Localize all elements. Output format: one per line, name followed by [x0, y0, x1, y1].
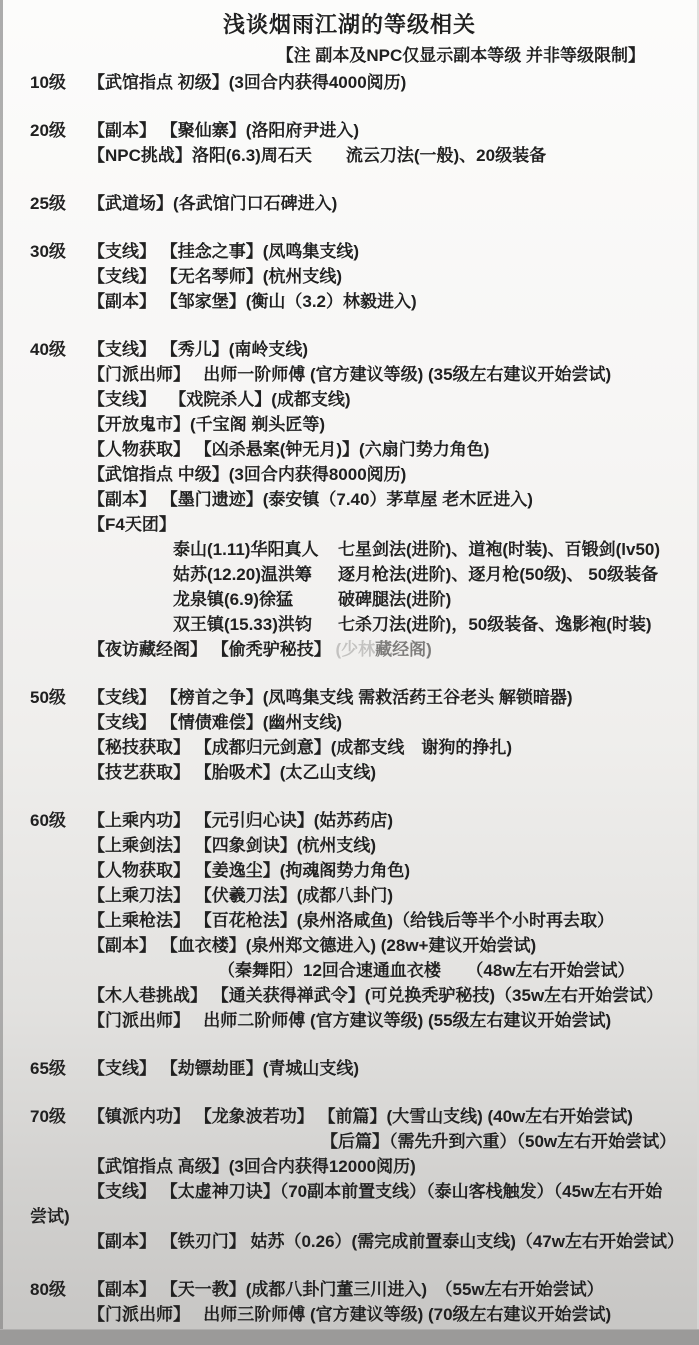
entry-row: 【后篇】（需先升到六重）（50w左右开始尝试） — [0, 1129, 699, 1154]
level-label — [30, 512, 88, 537]
entry-row: 【支线】 【无名琴师】(杭州支线) — [0, 264, 699, 289]
entry-text: 尝试) — [30, 1204, 70, 1229]
entry-text: 【开放鬼市】(千宝阁 剃头匠等) — [88, 412, 325, 437]
entry-text: 【人物获取】 【凶杀悬案(钟无月)】(六扇门势力角色) — [88, 437, 489, 462]
entry-text: （秦舞阳）12回合速通血衣楼 （48w左右开始尝试） — [218, 958, 635, 983]
level-list: 10级【武馆指点 初级】(3回合内获得4000阅历)20级【副本】 【聚仙寨】(… — [0, 69, 699, 1327]
level-label — [30, 143, 88, 168]
entry-row: 【副本】 【血衣楼】(泉州郑文德进入) (28w+建议开始尝试) — [0, 933, 699, 958]
entry-row: 【开放鬼市】(千宝阁 剃头匠等) — [0, 412, 699, 437]
entry-text: 【NPC挑战】洛阳(6.3)周石天 流云刀法(一般)、20级装备 — [88, 143, 546, 168]
entry-row: 50级【支线】 【榜首之争】(凤鸣集支线 需救活药王谷老头 解锁暗器) — [0, 685, 699, 710]
level-label — [30, 289, 88, 314]
entry-text: 【支线】 【劫镖劫匪】(青城山支线) — [88, 1056, 359, 1081]
entry-text: 【副本】 【铁刃门】 姑苏（0.26）(需完成前置泰山支线)（47w左右开始尝试… — [88, 1229, 684, 1254]
entry-part: 【夜访藏经阁】 【偷秃驴秘技】 — [88, 640, 335, 659]
entry-row: 尝试) — [0, 1204, 699, 1229]
entry-row: 龙泉镇(6.9)徐猛破碑腿法(进阶) — [0, 587, 699, 612]
entry-text: 【镇派内功】 【龙象波若功】 【前篇】(大雪山支线) (40w左右开始尝试) — [88, 1104, 633, 1129]
entry-row: 25级【武道场】(各武馆门口石碑进入) — [0, 191, 699, 216]
level-label: 10级 — [30, 70, 88, 95]
entry-text: 龙泉镇(6.9)徐猛破碑腿法(进阶) — [173, 587, 451, 612]
level-label — [30, 1229, 88, 1254]
roster-location: 双王镇(15.33)洪钧 — [173, 612, 338, 637]
level-section: 60级【上乘内功】 【元引归心诀】(姑苏药店)【上乘剑法】 【四象剑诀】(杭州支… — [0, 808, 699, 1033]
entry-text: 【上乘刀法】 【伏羲刀法】(成都八卦门) — [88, 883, 393, 908]
entry-text: 【上乘内功】 【元引归心诀】(姑苏药店) — [88, 808, 393, 833]
entry-text: 【副本】 【天一教】(成都八卦门董三川进入) （55w左右开始尝试） — [88, 1277, 604, 1302]
entry-row: 60级【上乘内功】 【元引归心诀】(姑苏药店) — [0, 808, 699, 833]
entry-row: 【副本】 【墨门遗迹】(泰安镇（7.40）茅草屋 老木匠进入) — [0, 487, 699, 512]
entry-text: 【武馆指点 初级】(3回合内获得4000阅历) — [88, 70, 406, 95]
entry-text: 【副本】 【墨门遗迹】(泰安镇（7.40）茅草屋 老木匠进入) — [88, 487, 533, 512]
entry-text: 【武道场】(各武馆门口石碑进入) — [88, 191, 337, 216]
entry-row: 【人物获取】 【姜逸尘】(拘魂阁势力角色) — [0, 858, 699, 883]
entry-part: 藏经阁) — [375, 640, 432, 659]
entry-text: 【副本】 【邹家堡】(衡山（3.2）林毅进入) — [88, 289, 417, 314]
level-label — [30, 487, 88, 512]
level-label — [30, 735, 88, 760]
level-label — [30, 1179, 88, 1204]
document-page: 浅谈烟雨江湖的等级相关 【注 副本及NPC仅显示副本等级 并非等级限制】 10级… — [0, 0, 699, 1345]
level-label — [30, 362, 88, 387]
entry-text: 【副本】 【聚仙寨】(洛阳府尹进入) — [88, 118, 359, 143]
entry-text: 【上乘剑法】 【四象剑诀】(杭州支线) — [88, 833, 376, 858]
level-label: 80级 — [30, 1277, 88, 1302]
entry-text: 【秘技获取】 【成都归元剑意】(成都支线 谢狗的挣扎) — [88, 735, 512, 760]
roster-location: 龙泉镇(6.9)徐猛 — [173, 587, 338, 612]
level-label — [30, 462, 88, 487]
level-label — [30, 858, 88, 883]
level-label — [30, 587, 88, 612]
level-section: 30级【支线】 【挂念之事】(凤鸣集支线)【支线】 【无名琴师】(杭州支线)【副… — [0, 239, 699, 314]
level-section: 40级【支线】 【秀儿】(南岭支线)【门派出师】 出师一阶师傅 (官方建议等级)… — [0, 337, 699, 662]
level-label — [30, 637, 88, 662]
entry-row: 【NPC挑战】洛阳(6.3)周石天 流云刀法(一般)、20级装备 — [0, 143, 699, 168]
entry-text: 【支线】 【情债难偿】(幽州支线) — [88, 710, 342, 735]
level-section: 10级【武馆指点 初级】(3回合内获得4000阅历) — [0, 70, 699, 95]
level-label — [30, 1129, 88, 1154]
entry-row: 【武馆指点 高级】(3回合内获得12000阅历) — [0, 1154, 699, 1179]
entry-row: 【门派出师】 出师二阶师傅 (官方建议等级) (55级左右建议开始尝试) — [0, 1008, 699, 1033]
entry-text: 【门派出师】 出师一阶师傅 (官方建议等级) (35级左右建议开始尝试) — [88, 362, 611, 387]
entry-text: 【支线】 【秀儿】(南岭支线) — [88, 337, 308, 362]
entry-text: 【技艺获取】 【胎吸术】(太乙山支线) — [88, 760, 376, 785]
entry-row: 【夜访藏经阁】 【偷秃驴秘技】 (少林藏经阁) — [0, 637, 699, 662]
level-label: 50级 — [30, 685, 88, 710]
level-label: 70级 — [30, 1104, 88, 1129]
level-label — [30, 562, 88, 587]
entry-text: 【支线】 【无名琴师】(杭州支线) — [88, 264, 342, 289]
level-label: 60级 — [30, 808, 88, 833]
level-label — [30, 387, 88, 412]
entry-row: 【支线】 【情债难偿】(幽州支线) — [0, 710, 699, 735]
entry-row: 【支线】 【戏院杀人】(成都支线) — [0, 387, 699, 412]
header-note: 【注 副本及NPC仅显示副本等级 并非等级限制】 — [0, 42, 699, 69]
entry-row: 10级【武馆指点 初级】(3回合内获得4000阅历) — [0, 70, 699, 95]
roster-reward: 七星剑法(进阶)、道袍(时装)、百锻剑(lv50) — [338, 540, 660, 559]
document-header: 浅谈烟雨江湖的等级相关 【注 副本及NPC仅显示副本等级 并非等级限制】 — [0, 0, 699, 69]
entry-text: 姑苏(12.20)温洪筹逐月枪法(进阶)、逐月枪(50级)、 50级装备 — [173, 562, 658, 587]
entry-text: 【武馆指点 高级】(3回合内获得12000阅历) — [88, 1154, 416, 1179]
entry-row: 【秘技获取】 【成都归元剑意】(成都支线 谢狗的挣扎) — [0, 735, 699, 760]
level-label — [30, 933, 88, 958]
level-label — [30, 1154, 88, 1179]
entry-text: 【夜访藏经阁】 【偷秃驴秘技】 (少林藏经阁) — [88, 637, 432, 662]
level-section: 20级【副本】 【聚仙寨】(洛阳府尹进入)【NPC挑战】洛阳(6.3)周石天 流… — [0, 118, 699, 168]
entry-text: 【F4天团】 — [88, 512, 176, 537]
level-label: 65级 — [30, 1056, 88, 1081]
entry-row: 【上乘枪法】 【百花枪法】(泉州洛咸鱼)（给钱后等半个小时再去取） — [0, 908, 699, 933]
entry-row: 【门派出师】 出师三阶师傅 (官方建议等级) (70级左右建议开始尝试) — [0, 1302, 699, 1327]
entry-text: 【支线】 【太虚神刀诀】（70副本前置支线）（泰山客栈触发）（45w左右开始 — [88, 1179, 662, 1204]
level-label: 25级 — [30, 191, 88, 216]
level-label — [30, 760, 88, 785]
level-label — [30, 908, 88, 933]
entry-text: 泰山(1.11)华阳真人七星剑法(进阶)、道袍(时装)、百锻剑(lv50) — [173, 537, 660, 562]
entry-row: 20级【副本】 【聚仙寨】(洛阳府尹进入) — [0, 118, 699, 143]
page-title: 浅谈烟雨江湖的等级相关 — [0, 8, 699, 42]
roster-location: 姑苏(12.20)温洪筹 — [173, 562, 338, 587]
level-label — [30, 412, 88, 437]
entry-text: 【副本】 【血衣楼】(泉州郑文德进入) (28w+建议开始尝试) — [88, 933, 536, 958]
level-label — [30, 264, 88, 289]
level-label — [30, 1008, 88, 1033]
entry-text: 【人物获取】 【姜逸尘】(拘魂阁势力角色) — [88, 858, 410, 883]
entry-text: 【支线】 【戏院杀人】(成都支线) — [88, 387, 351, 412]
entry-row: 【支线】 【太虚神刀诀】（70副本前置支线）（泰山客栈触发）（45w左右开始 — [0, 1179, 699, 1204]
entry-row: 40级【支线】 【秀儿】(南岭支线) — [0, 337, 699, 362]
entry-row: 双王镇(15.33)洪钧七杀刀法(进阶)，50级装备、逸影袍(时装) — [0, 612, 699, 637]
entry-row: 【上乘刀法】 【伏羲刀法】(成都八卦门) — [0, 883, 699, 908]
entry-row: 70级【镇派内功】 【龙象波若功】 【前篇】(大雪山支线) (40w左右开始尝试… — [0, 1104, 699, 1129]
level-section: 70级【镇派内功】 【龙象波若功】 【前篇】(大雪山支线) (40w左右开始尝试… — [0, 1104, 699, 1254]
entry-text: 【上乘枪法】 【百花枪法】(泉州洛咸鱼)（给钱后等半个小时再去取） — [88, 908, 614, 933]
entry-text: 【支线】 【榜首之争】(凤鸣集支线 需救活药王谷老头 解锁暗器) — [88, 685, 573, 710]
entry-text: 【武馆指点 中级】(3回合内获得8000阅历) — [88, 462, 406, 487]
level-section: 50级【支线】 【榜首之争】(凤鸣集支线 需救活药王谷老头 解锁暗器)【支线】 … — [0, 685, 699, 785]
entry-row: 【武馆指点 中级】(3回合内获得8000阅历) — [0, 462, 699, 487]
level-label: 30级 — [30, 239, 88, 264]
level-section: 65级【支线】 【劫镖劫匪】(青城山支线) — [0, 1056, 699, 1081]
roster-reward: 破碑腿法(进阶) — [338, 590, 451, 609]
entry-row: 【F4天团】 — [0, 512, 699, 537]
level-label — [30, 958, 88, 983]
entry-row: （秦舞阳）12回合速通血衣楼 （48w左右开始尝试） — [0, 958, 699, 983]
level-label: 20级 — [30, 118, 88, 143]
level-label — [30, 883, 88, 908]
entry-row: 65级【支线】 【劫镖劫匪】(青城山支线) — [0, 1056, 699, 1081]
entry-text: 【门派出师】 出师二阶师傅 (官方建议等级) (55级左右建议开始尝试) — [88, 1008, 611, 1033]
entry-text: 【门派出师】 出师三阶师傅 (官方建议等级) (70级左右建议开始尝试) — [88, 1302, 611, 1327]
level-section: 80级【副本】 【天一教】(成都八卦门董三川进入) （55w左右开始尝试）【门派… — [0, 1277, 699, 1327]
level-label — [30, 537, 88, 562]
roster-reward: 七杀刀法(进阶)，50级装备、逸影袍(时装) — [338, 615, 652, 634]
entry-row: 80级【副本】 【天一教】(成都八卦门董三川进入) （55w左右开始尝试） — [0, 1277, 699, 1302]
level-label — [30, 833, 88, 858]
level-label — [30, 612, 88, 637]
entry-row: 【上乘剑法】 【四象剑诀】(杭州支线) — [0, 833, 699, 858]
entry-row: 【副本】 【邹家堡】(衡山（3.2）林毅进入) — [0, 289, 699, 314]
entry-row: 【木人巷挑战】 【通关获得禅武令】(可兑换秃驴秘技)（35w左右开始尝试） — [0, 983, 699, 1008]
level-label: 40级 — [30, 337, 88, 362]
roster-location: 泰山(1.11)华阳真人 — [173, 537, 338, 562]
roster-reward: 逐月枪法(进阶)、逐月枪(50级)、 50级装备 — [338, 565, 658, 584]
entry-row: 【副本】 【铁刃门】 姑苏（0.26）(需完成前置泰山支线)（47w左右开始尝试… — [0, 1229, 699, 1254]
entry-row: 【技艺获取】 【胎吸术】(太乙山支线) — [0, 760, 699, 785]
entry-text: 【木人巷挑战】 【通关获得禅武令】(可兑换秃驴秘技)（35w左右开始尝试） — [88, 983, 663, 1008]
level-label — [30, 437, 88, 462]
level-label — [30, 983, 88, 1008]
entry-row: 泰山(1.11)华阳真人七星剑法(进阶)、道袍(时装)、百锻剑(lv50) — [0, 537, 699, 562]
entry-part: (少林 — [335, 640, 375, 659]
entry-row: 姑苏(12.20)温洪筹逐月枪法(进阶)、逐月枪(50级)、 50级装备 — [0, 562, 699, 587]
page-left-edge — [0, 0, 3, 1345]
entry-text: 【支线】 【挂念之事】(凤鸣集支线) — [88, 239, 359, 264]
bottom-bar — [0, 1329, 699, 1345]
entry-row: 【门派出师】 出师一阶师傅 (官方建议等级) (35级左右建议开始尝试) — [0, 362, 699, 387]
entry-text: 【后篇】（需先升到六重）（50w左右开始尝试） — [321, 1129, 676, 1154]
entry-row: 【人物获取】 【凶杀悬案(钟无月)】(六扇门势力角色) — [0, 437, 699, 462]
entry-row: 30级【支线】 【挂念之事】(凤鸣集支线) — [0, 239, 699, 264]
level-section: 25级【武道场】(各武馆门口石碑进入) — [0, 191, 699, 216]
level-label — [30, 710, 88, 735]
level-label — [30, 1302, 88, 1327]
entry-text: 双王镇(15.33)洪钧七杀刀法(进阶)，50级装备、逸影袍(时装) — [173, 612, 652, 637]
